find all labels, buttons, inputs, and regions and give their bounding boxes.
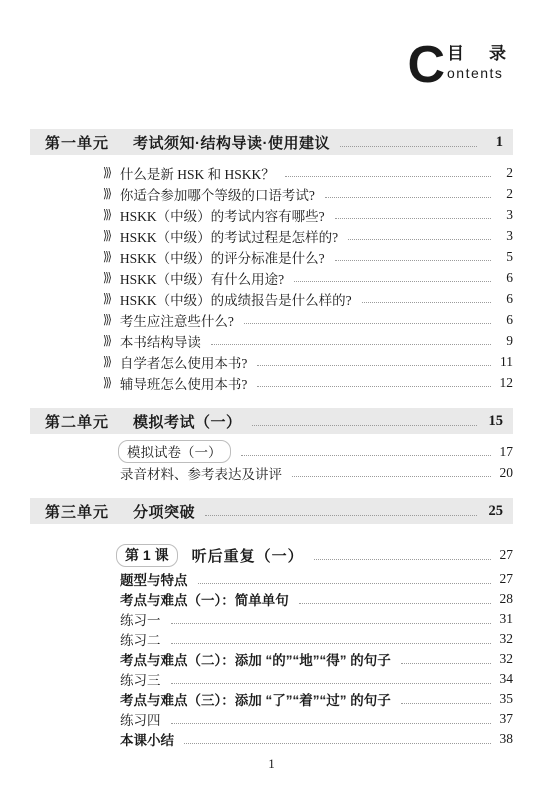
unit-header-bar: 第一单元 考试须知·结构导读·使用建议 1 [30,129,513,155]
triple-chevron-icon: ⟩⟩⟩ [103,354,110,369]
toc-entry-page-number: 20 [497,465,513,481]
toc-entry-page-number: 32 [497,631,513,647]
toc-entry: 练习二 32 [30,629,513,649]
toc-entry-title: 录音材料、参考表达及讲评 [120,463,282,483]
toc-unit: 第一单元 考试须知·结构导读·使用建议 1 ⟩⟩⟩ 什么是新 HSK 和 HSK… [30,129,513,393]
toc-entry-title: 练习三 [120,669,161,689]
dotted-leader [299,603,491,604]
dotted-leader [362,302,491,303]
dotted-leader [205,515,476,516]
dotted-leader [257,386,491,387]
toc-entry-title: HSKK（中级）的评分标准是什么? [120,247,325,267]
unit-page-number: 15 [489,413,504,430]
toc-entry: 本课小结 38 [30,729,513,749]
unit-label: 第三单元 [45,501,109,522]
unit-header-bar: 第三单元 分项突破 25 [30,498,513,524]
dotted-leader [171,623,492,624]
toc-entry-page-number: 6 [497,270,513,286]
toc-entry-title: 考点与难点（一）：简单单句 [120,589,289,609]
toc-entry-page-number: 12 [497,375,513,391]
toc-entry: ⟩⟩⟩ 本书结构导读 9 [30,330,513,351]
dotted-leader [292,476,491,477]
toc-entry-page-number: 32 [497,651,513,667]
toc-entry-title: HSKK（中级）的成绩报告是什么样的? [120,289,352,309]
toc-entry: ⟩⟩⟩ 考生应注意些什么? 6 [30,309,513,330]
toc-entry-page-number: 6 [497,291,513,307]
dotted-leader [171,683,492,684]
toc-entry: 考点与难点（二）：添加 “的”“地”“得” 的句子 32 [30,649,513,669]
dotted-leader [241,455,492,456]
toc-entry-title: 本课小结 [120,729,174,749]
dotted-leader [294,281,491,282]
toc-unit: 第三单元 分项突破 25 第 1 课 听后重复（一） 27 题型与特点 27 考… [30,498,513,749]
toc-entry-page-number: 31 [497,611,513,627]
unit-item-list: 第 1 课 听后重复（一） 27 题型与特点 27 考点与难点（一）：简单单句 … [30,524,513,749]
toc-entry-page-number: 17 [497,444,513,460]
dotted-leader [244,323,491,324]
toc-entry-title: 考点与难点（三）：添加 “了”“着”“过” 的句子 [120,689,391,709]
unit-title: 模拟考试（一） [133,411,242,432]
dotted-leader [314,559,491,560]
contents-title-block: 目 录 ontents [447,44,510,80]
toc-entry-title: 本书结构导读 [120,331,201,351]
toc-entry-title: 辅导班怎么使用本书? [120,373,248,393]
toc-entry-page-number: 5 [497,249,513,265]
toc-entry: ⟩⟩⟩ HSKK（中级）的成绩报告是什么样的? 6 [30,288,513,309]
toc-entry-page-number: 2 [497,186,513,202]
page-footer: 1 [30,756,513,772]
dotted-leader [348,239,491,240]
toc-entry-title: 题型与特点 [120,569,188,589]
triple-chevron-icon: ⟩⟩⟩ [103,312,110,327]
toc-entry-title: 什么是新 HSK 和 HSKK？ [120,163,275,183]
dotted-leader [340,146,477,147]
dotted-leader [335,260,491,261]
toc-entry: ⟩⟩⟩ 什么是新 HSK 和 HSKK？ 2 [30,162,513,183]
unit-label: 第一单元 [45,132,109,153]
triple-chevron-icon: ⟩⟩⟩ [103,249,110,264]
triple-chevron-icon: ⟩⟩⟩ [103,186,110,201]
unit-header-bar: 第二单元 模拟考试（一） 15 [30,408,513,434]
toc-entry: 练习三 34 [30,669,513,689]
unit-item-list: 模拟试卷（一） 17 录音材料、参考表达及讲评 20 [30,434,513,483]
lesson-page-number: 27 [497,547,513,563]
toc-body: 第一单元 考试须知·结构导读·使用建议 1 ⟩⟩⟩ 什么是新 HSK 和 HSK… [30,129,513,749]
toc-entry-page-number: 34 [497,671,513,687]
toc-entry-title: 练习四 [120,709,161,729]
toc-entry-page-number: 38 [497,731,513,747]
toc-entry: ⟩⟩⟩ HSKK（中级）的考试过程是怎样的? 3 [30,225,513,246]
toc-title-english: ontents [447,66,510,80]
dotted-leader [252,425,477,426]
toc-entry: 模拟试卷（一） 17 [30,441,513,462]
toc-entry: 考点与难点（一）：简单单句 28 [30,589,513,609]
toc-entry: ⟩⟩⟩ HSKK（中级）的评分标准是什么? 5 [30,246,513,267]
toc-entry: 练习一 31 [30,609,513,629]
toc-entry: 考点与难点（三）：添加 “了”“着”“过” 的句子 35 [30,689,513,709]
unit-title: 分项突破 [133,501,195,522]
triple-chevron-icon: ⟩⟩⟩ [103,270,110,285]
triple-chevron-icon: ⟩⟩⟩ [103,228,110,243]
toc-entry-title: HSKK（中级）的考试内容有哪些? [120,205,325,225]
toc-entry: ⟩⟩⟩ 自学者怎么使用本书? 11 [30,351,513,372]
contents-header: C 目 录 ontents [407,44,510,87]
toc-entry-page-number: 3 [497,228,513,244]
unit-label: 第二单元 [45,411,109,432]
toc-entry-page-number: 35 [497,691,513,707]
toc-entry-page-number: 11 [497,354,513,370]
toc-entry-title: 你适合参加哪个等级的口语考试? [120,184,315,204]
toc-entry-page-number: 37 [497,711,513,727]
toc-entry-page-number: 9 [497,333,513,349]
dotted-leader [285,176,491,177]
toc-entry: ⟩⟩⟩ HSKK（中级）的考试内容有哪些? 3 [30,204,513,225]
toc-entry-title: 练习二 [120,629,161,649]
triple-chevron-icon: ⟩⟩⟩ [103,333,110,348]
dotted-leader [401,663,491,664]
unit-page-number: 25 [489,503,504,520]
lesson-entry: 第 1 课 听后重复（一） 27 [30,545,513,565]
triple-chevron-icon: ⟩⟩⟩ [103,207,110,222]
dotted-leader [171,643,492,644]
toc-entry-title: 考生应注意些什么? [120,310,234,330]
toc-entry-title: 自学者怎么使用本书? [120,352,248,372]
toc-entry-title: 练习一 [120,609,161,629]
dotted-leader [257,365,491,366]
toc-unit: 第二单元 模拟考试（一） 15 模拟试卷（一） 17 录音材料、参考表达及讲评 … [30,408,513,483]
contents-big-letter: C [407,44,444,87]
dotted-leader [325,197,491,198]
dotted-leader [401,703,491,704]
toc-entry: ⟩⟩⟩ 辅导班怎么使用本书? 12 [30,372,513,393]
toc-entry: 题型与特点 27 [30,569,513,589]
dotted-leader [171,723,492,724]
unit-item-list: ⟩⟩⟩ 什么是新 HSK 和 HSKK？ 2 ⟩⟩⟩ 你适合参加哪个等级的口语考… [30,155,513,393]
toc-page: C 目 录 ontents 第一单元 考试须知·结构导读·使用建议 1 ⟩⟩⟩ … [0,0,552,800]
toc-entry-title: 考点与难点（二）：添加 “的”“地”“得” 的句子 [120,649,391,669]
dotted-leader [184,743,491,744]
toc-entry: 练习四 37 [30,709,513,729]
dotted-leader [198,583,492,584]
toc-entry-page-number: 3 [497,207,513,223]
triple-chevron-icon: ⟩⟩⟩ [103,375,110,390]
triple-chevron-icon: ⟩⟩⟩ [103,165,110,180]
toc-entry: 录音材料、参考表达及讲评 20 [30,462,513,483]
unit-page-number: 1 [489,134,503,151]
toc-title-chinese: 目 录 [447,45,510,64]
lesson-badge: 第 1 课 [116,544,178,567]
toc-entry-title: HSKK（中级）有什么用途? [120,268,284,288]
toc-entry-page-number: 27 [497,571,513,587]
toc-entry-title: 模拟试卷（一） [118,440,231,463]
dotted-leader [211,344,491,345]
lesson-title: 听后重复（一） [192,545,304,566]
triple-chevron-icon: ⟩⟩⟩ [103,291,110,306]
toc-entry-page-number: 28 [497,591,513,607]
toc-entry: ⟩⟩⟩ 你适合参加哪个等级的口语考试? 2 [30,183,513,204]
folio-page-number: 1 [268,756,275,771]
toc-entry-page-number: 6 [497,312,513,328]
dotted-leader [335,218,491,219]
toc-entry: ⟩⟩⟩ HSKK（中级）有什么用途? 6 [30,267,513,288]
unit-title: 考试须知·结构导读·使用建议 [133,132,330,153]
toc-entry-title: HSKK（中级）的考试过程是怎样的? [120,226,338,246]
toc-entry-page-number: 2 [497,165,513,181]
